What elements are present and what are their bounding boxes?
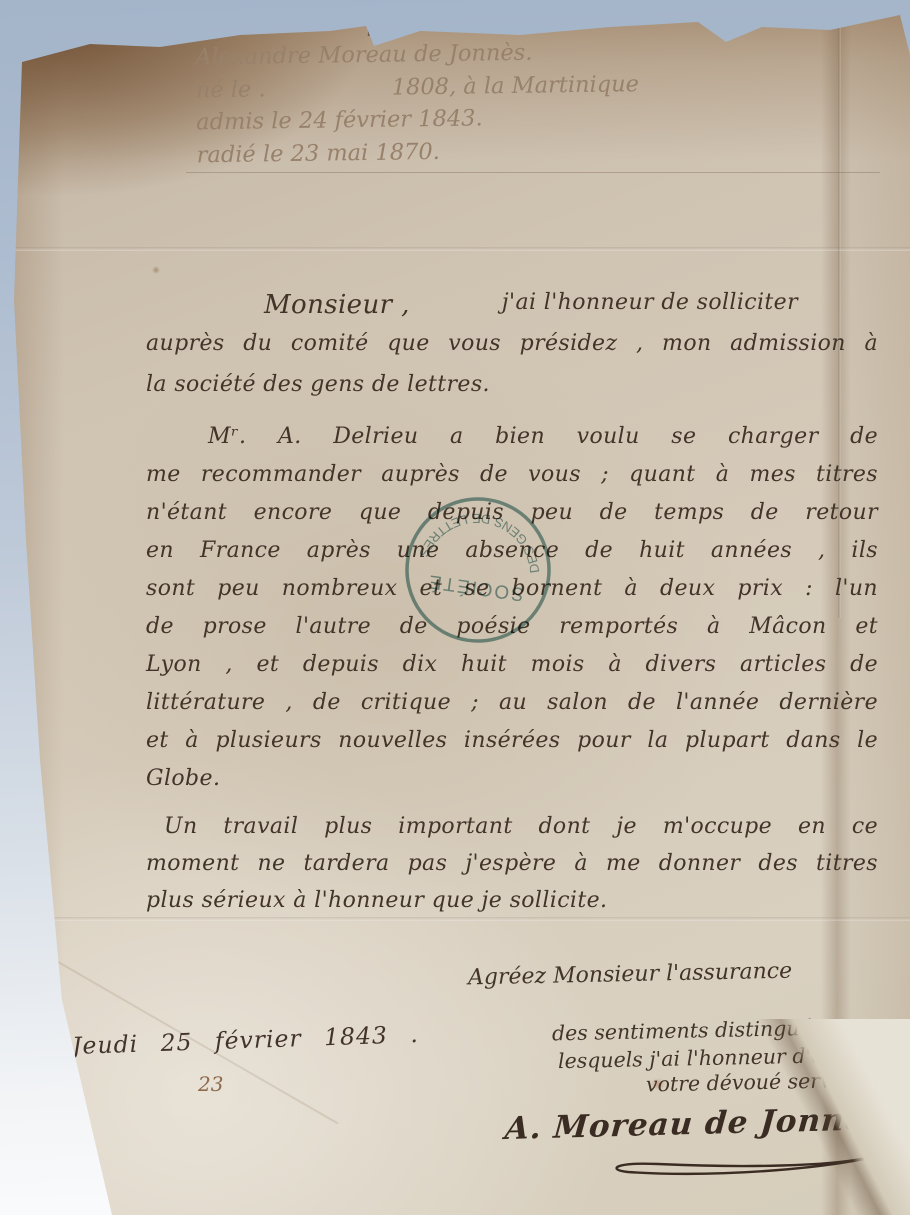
letter-line: auprès du comité que vous présidez , mon… [146,331,878,372]
header-rule-line [186,172,880,173]
body-paragraph-1: Monsieur , j'ai l'honneur de solliciter … [146,290,878,413]
date-line: Jeudi 25 février 1843 . [72,1020,420,1060]
fox-spot [576,12,598,26]
letter-line: la société des gens de lettres. [146,372,878,413]
letter-line: Globe. [146,766,878,804]
header-born-value: 1808, à la Martinique [392,71,640,100]
letter-line: et à plusieurs nouvelles insérées pour l… [146,728,878,766]
letter-line: littérature , de critique ; au salon de … [146,690,878,728]
letter-line: Un travail plus important dont je m'occu… [146,814,878,851]
stamp-text-society: SOCIÉTÉ [426,570,525,604]
archive-header: Alexandre Moreau de Jonnès. né le . 1808… [195,36,817,175]
fold-crease-horizontal-top [0,247,910,251]
fox-spot [152,266,160,274]
letter-line: Lyon , et depuis dix huit mois à divers … [146,652,878,690]
salutation: Monsieur , [264,290,410,331]
closing-line: Agréez Monsieur l'assurance [468,959,793,991]
society-stamp: SOCIÉTÉ DES GENS DE LETTRES [392,484,564,656]
paper-tear [368,0,374,36]
header-born-label: né le . [196,76,266,103]
body-paragraph-3: Un travail plus important dont je m'occu… [146,814,878,925]
curled-corner [754,1019,910,1215]
photo-background: Alexandre Moreau de Jonnès. né le . 1808… [0,0,910,1215]
letter-line: plus sérieux à l'honneur que je sollicit… [146,888,878,925]
salutation-line: Monsieur , j'ai l'honneur de solliciter [146,290,878,331]
letter-line: me recommander auprès de vous ; quant à … [146,462,878,500]
letter-line: moment ne tardera pas j'espère à me donn… [146,851,878,888]
letter-line: Mʳ. A. Delrieu a bien voulu se charger d… [146,424,878,462]
letter-paper: Alexandre Moreau de Jonnès. né le . 1808… [0,0,910,1215]
date-annotation: 23 [198,1072,223,1096]
salutation-rest: j'ai l'honneur de solliciter [502,290,798,331]
